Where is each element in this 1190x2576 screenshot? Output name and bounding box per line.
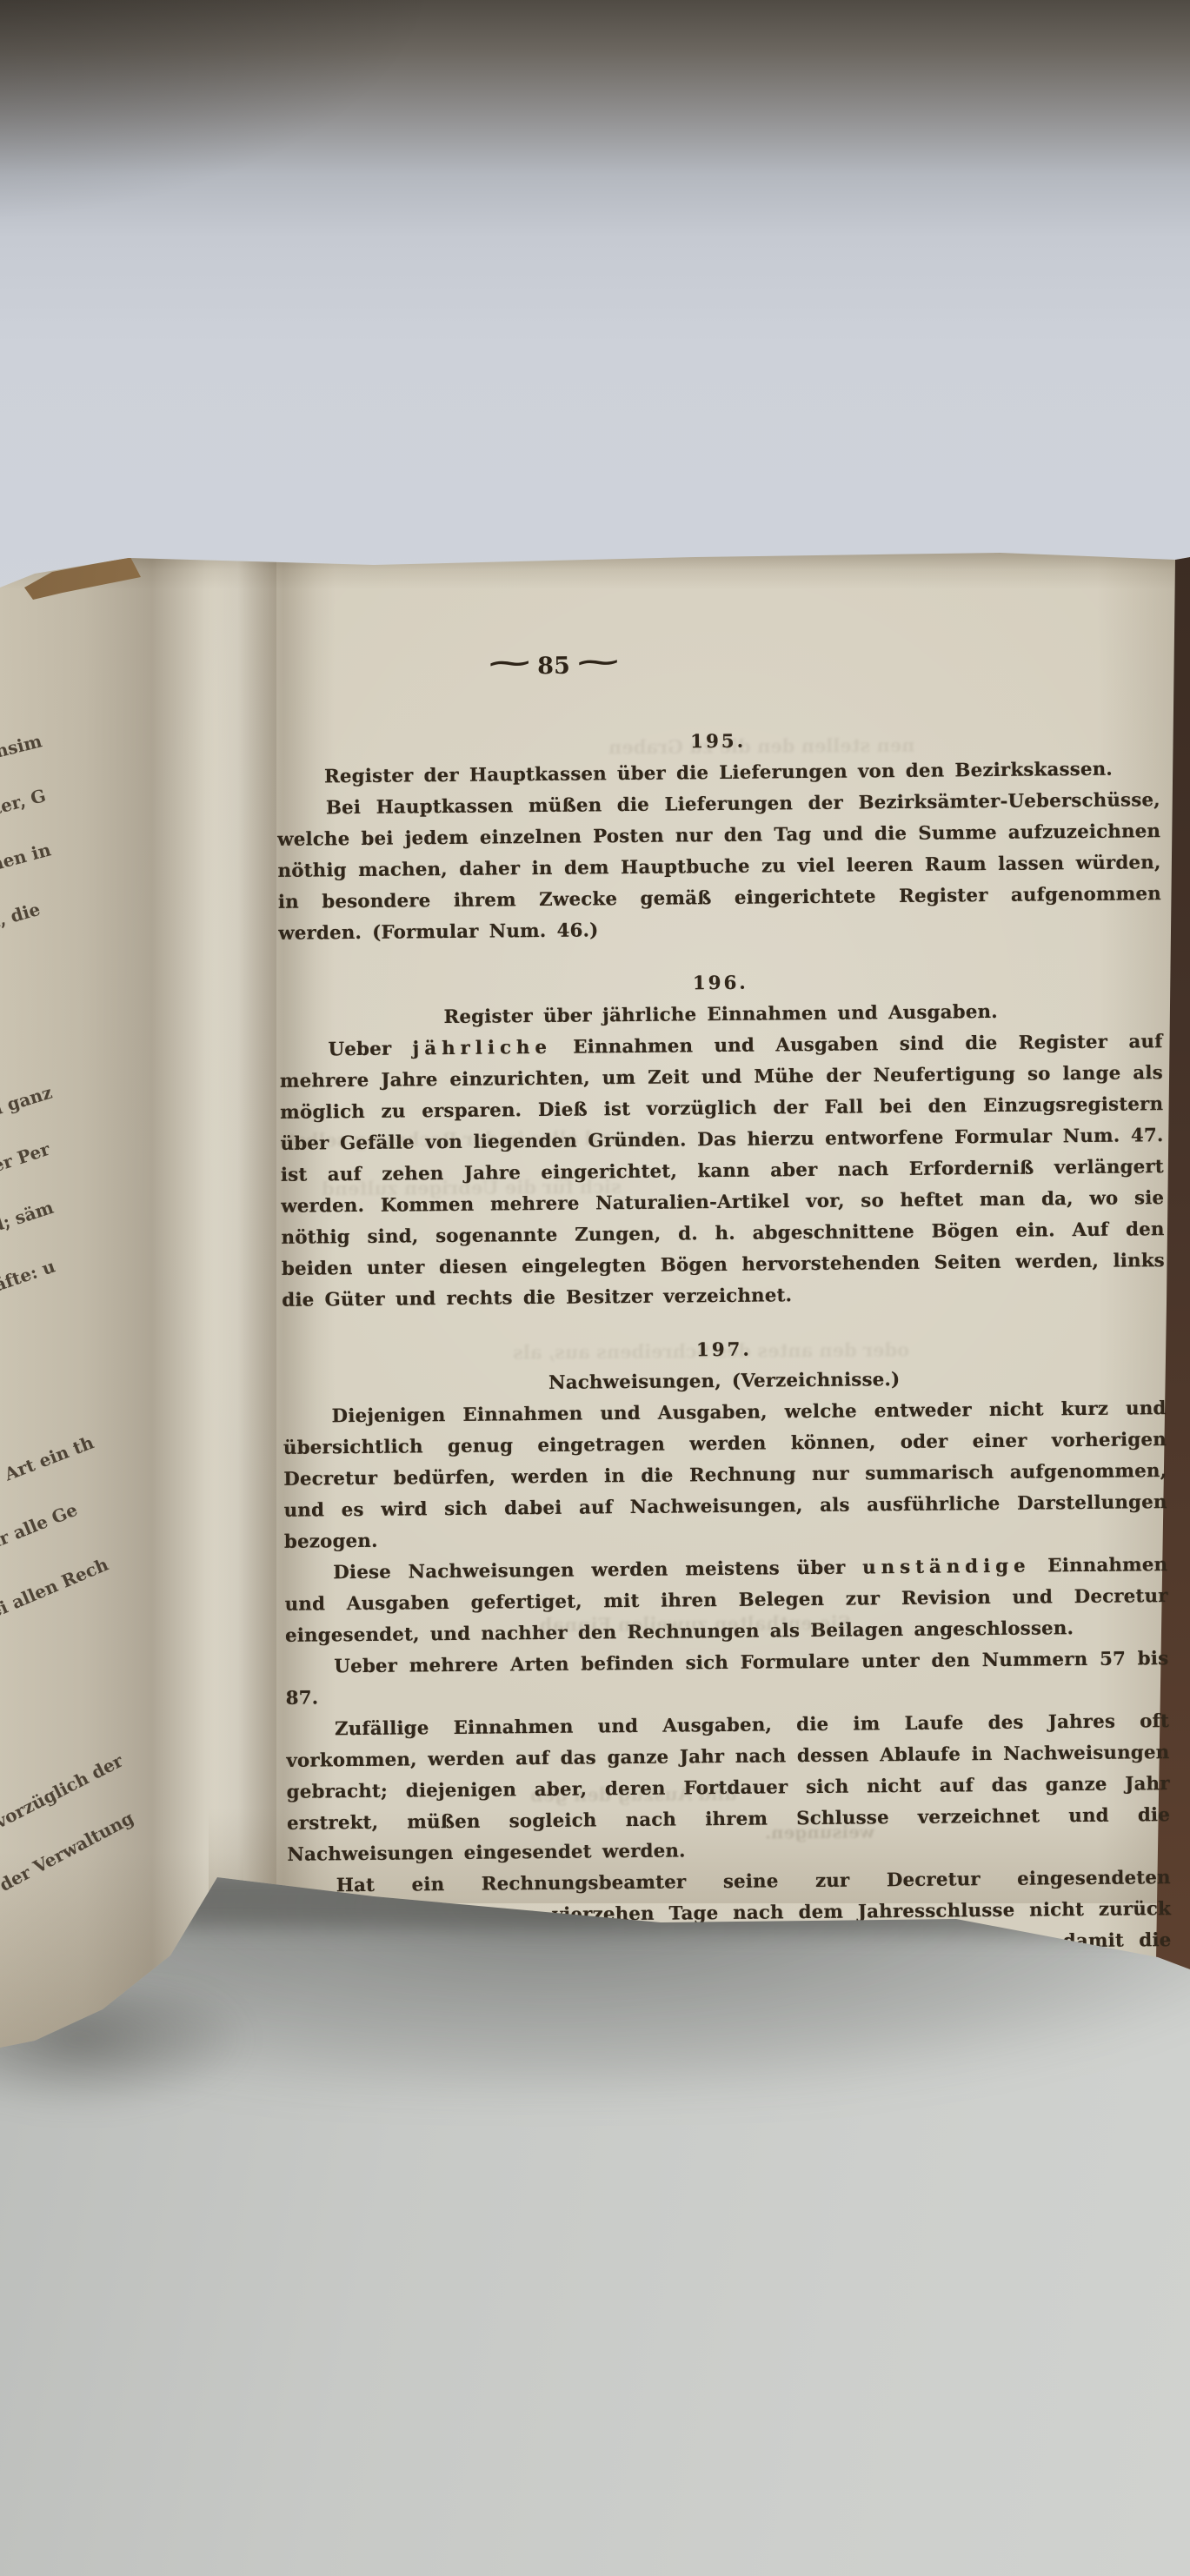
paragraph: Ueber mehrere Arten befinden sich Formul… xyxy=(285,1643,1169,1715)
paragraph: Diejenigen Einnahmen und Ausgaben, welch… xyxy=(283,1393,1167,1558)
page-number: 85 xyxy=(537,653,570,680)
paragraph: Bei Hauptkassen müßen die Lieferungen de… xyxy=(277,785,1162,950)
header-ornament-left: ~ xyxy=(484,647,535,678)
book-photo-scene: nen stellen den die zu Graben ten und al… xyxy=(0,0,1190,2576)
paragraph: Diese Nachweisungen werden meistens über… xyxy=(284,1550,1168,1652)
wall-background xyxy=(0,0,1190,626)
paragraph: Zufällige Einnahmen und Ausgaben, die im… xyxy=(286,1706,1171,1871)
paragraph: Ueber jährliche Einnahmen und Ausgaben s… xyxy=(279,1026,1165,1317)
running-head: ~85~ xyxy=(445,649,662,681)
header-ornament-right: ~ xyxy=(573,646,624,677)
page-text-column: 195. Register der Hauptkassen über die L… xyxy=(276,722,1172,1996)
